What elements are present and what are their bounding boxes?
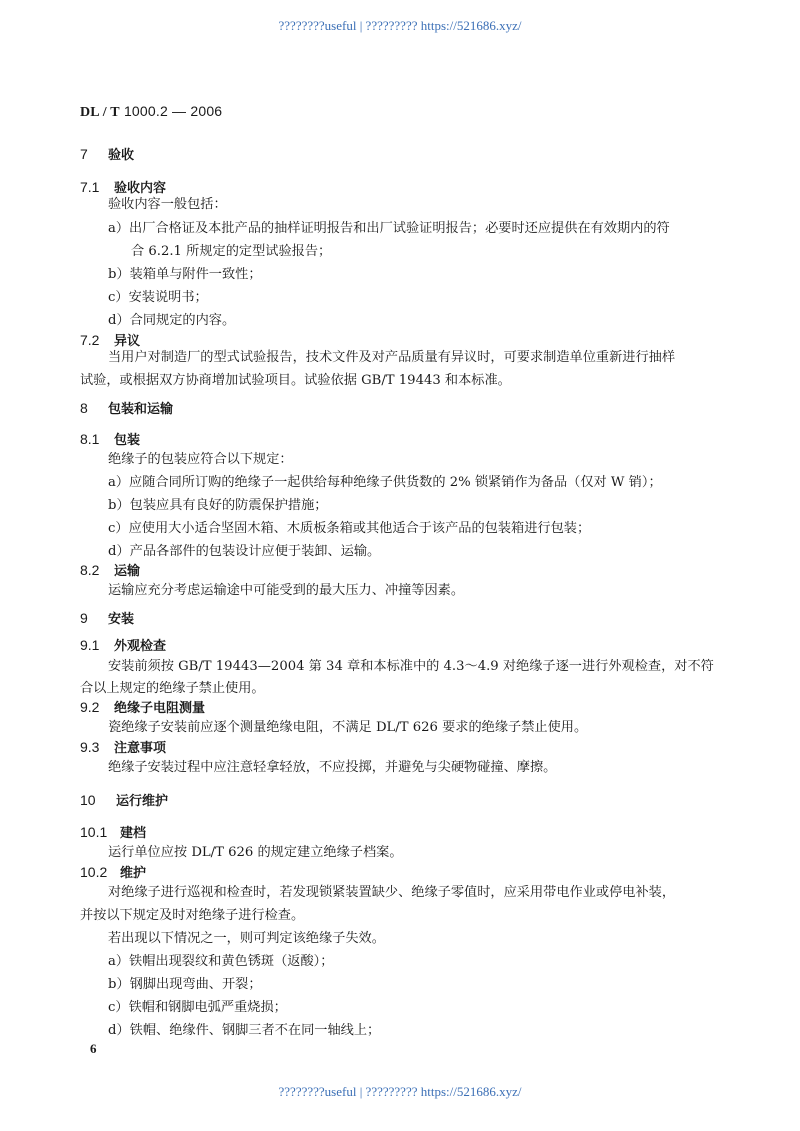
list-item-c: c）应使用大小适合坚固木箱、木质板条箱或其他适合于该产品的包装箱进行包装；	[108, 521, 590, 537]
paragraph: 绝缘子的包装应符合以下规定：	[108, 452, 293, 468]
list-item-c: c）铁帽和钢脚电弧严重烧损；	[108, 1000, 287, 1016]
paragraph-cont: 并按以下规定及时对绝缘子进行检查。	[80, 908, 304, 924]
paragraph: 验收内容一般包括：	[108, 197, 227, 213]
list-item-d: d）产品各部件的包装设计应便于装卸、运输。	[108, 544, 380, 560]
section-10-heading: 10运行维护	[80, 792, 168, 810]
list-item-b: b）包装应具有良好的防震保护措施；	[108, 498, 327, 514]
section-8-heading: 8包装和运输	[80, 400, 173, 418]
paragraph: 对绝缘子进行巡视和检查时，若发现锁紧装置缺少、绝缘子零值时，应采用带电作业或停电…	[108, 885, 675, 901]
list-item-a-cont: 合 6.2.1 所规定的定型试验报告；	[131, 244, 331, 260]
watermark-bottom: ????????useful | ????????? https://52168…	[0, 1084, 800, 1100]
code-rest: 1000.2 — 2006	[120, 103, 222, 119]
section-7-heading: 7验收	[80, 146, 134, 164]
list-item-b: b）钢脚出现弯曲、开裂；	[108, 977, 262, 993]
watermark-top: ????????useful | ????????? https://52168…	[0, 18, 800, 34]
paragraph: 安装前须按 GB/T 19443—2004 第 34 章和本标准中的 4.3～4…	[108, 659, 714, 675]
section-9-2-heading: 9.2绝缘子电阻测量	[80, 699, 205, 717]
section-7-1-heading: 7.1验收内容	[80, 179, 166, 197]
section-8-2-heading: 8.2运输	[80, 562, 140, 580]
paragraph: 当用户对制造厂的型式试验报告，技术文件及对产品质量有异议时，可要求制造单位重新进…	[108, 350, 675, 366]
document-code: DL / T 1000.2 — 2006	[80, 103, 222, 121]
page-number: 6	[90, 1041, 97, 1057]
list-item-d: d）铁帽、绝缘件、钢脚三者不在同一轴线上；	[108, 1023, 380, 1039]
code-prefix: DL / T	[80, 105, 120, 120]
paragraph-cont: 合以上规定的绝缘子禁止使用。	[80, 681, 265, 697]
section-9-3-heading: 9.3注意事项	[80, 739, 166, 757]
paragraph: 若出现以下情况之一，则可判定该绝缘子失效。	[108, 931, 385, 947]
paragraph: 绝缘子安装过程中应注意轻拿轻放，不应投掷，并避免与尖硬物碰撞、摩擦。	[108, 760, 556, 776]
list-item-d: d）合同规定的内容。	[108, 313, 235, 329]
list-item-a: a）出厂合格证及本批产品的抽样证明报告和出厂试验证明报告；必要时还应提供在有效期…	[108, 221, 670, 237]
section-8-1-heading: 8.1包装	[80, 431, 140, 449]
list-item-a: a）铁帽出现裂纹和黄色锈斑（返酸）；	[108, 954, 333, 970]
paragraph: 瓷绝缘子安装前应逐个测量绝缘电阻，不满足 DL/T 626 要求的绝缘子禁止使用…	[108, 720, 587, 736]
paragraph-cont: 试验，或根据双方协商增加试验项目。试验依据 GB/T 19443 和本标准。	[80, 373, 511, 389]
list-item-b: b）装箱单与附件一致性；	[108, 267, 262, 283]
section-10-2-heading: 10.2维护	[80, 864, 146, 882]
paragraph: 运输应充分考虑运输途中可能受到的最大压力、冲撞等因素。	[108, 583, 464, 599]
section-9-heading: 9安装	[80, 610, 134, 628]
section-7-2-heading: 7.2异议	[80, 332, 140, 350]
section-10-1-heading: 10.1建档	[80, 824, 146, 842]
list-item-a: a）应随合同所订购的绝缘子一起供给每种绝缘子供货数的 2% 锁紧销作为备品（仅对…	[108, 475, 662, 491]
list-item-c: c）安装说明书；	[108, 290, 208, 306]
paragraph: 运行单位应按 DL/T 626 的规定建立绝缘子档案。	[108, 845, 403, 861]
section-9-1-heading: 9.1外观检查	[80, 637, 166, 655]
